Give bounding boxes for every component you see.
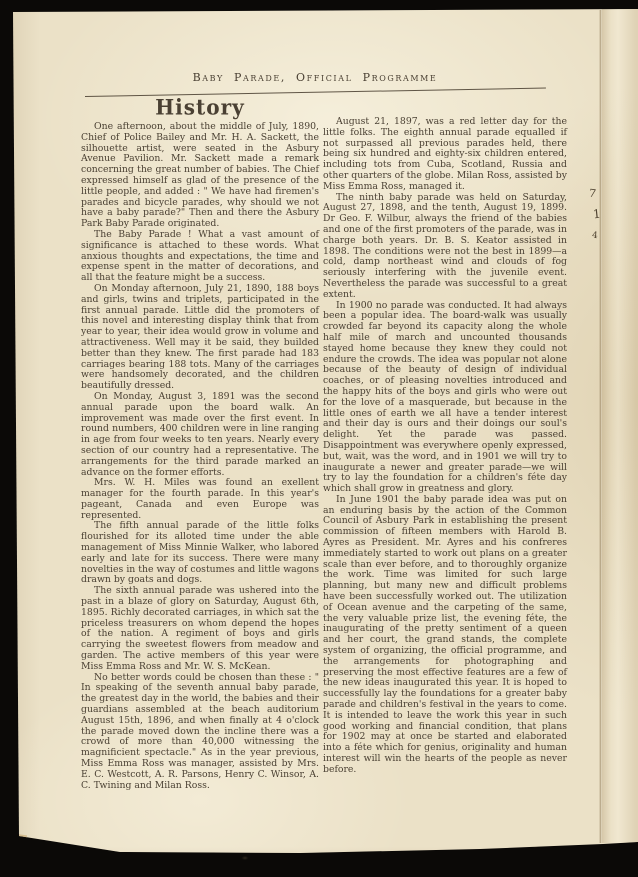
section-heading-history: History	[81, 94, 319, 119]
paragraph: On Monday, August 3, 1891 was the second…	[81, 392, 319, 478]
ink-stain-mark: 1	[592, 209, 601, 221]
paragraph: No better words could be chosen than the…	[81, 673, 319, 792]
paragraph: The fifth annual parade of the little fo…	[81, 521, 319, 586]
text-column-left: One afternoon, about the middle of July,…	[81, 122, 319, 791]
ink-stain-mark: 7	[588, 188, 596, 200]
paragraph: The Baby Parade ! What a vast amount of …	[81, 230, 319, 284]
page-fold-strip	[602, 9, 638, 843]
page-fold-crease	[599, 10, 602, 843]
paragraph: One afternoon, about the middle of July,…	[81, 122, 319, 230]
paragraph: Mrs. W. H. Miles was found an exellent m…	[81, 478, 319, 521]
paragraph: The ninth baby parade was held on Saturd…	[323, 193, 567, 301]
ink-stain-mark: 4	[592, 231, 598, 242]
torn-paper-fragment	[15, 834, 27, 862]
paragraph: August 21, 1897, was a red letter day fo…	[323, 117, 567, 193]
paragraph: In June 1901 the baby parade idea was pu…	[323, 495, 567, 776]
paragraph: On Monday afternoon, July 21, 1890, 188 …	[81, 284, 319, 392]
scanned-book-photo: Baby Parade, Official Programme History …	[0, 0, 638, 877]
book-page: Baby Parade, Official Programme History …	[0, 0, 638, 877]
paragraph: In 1900 no parade was conducted. It had …	[323, 301, 567, 495]
running-title: Baby Parade, Official Programme	[85, 71, 545, 84]
paragraph: The sixth annual parade was ushered into…	[81, 586, 319, 672]
text-column-right: August 21, 1897, was a red letter day fo…	[323, 117, 567, 776]
